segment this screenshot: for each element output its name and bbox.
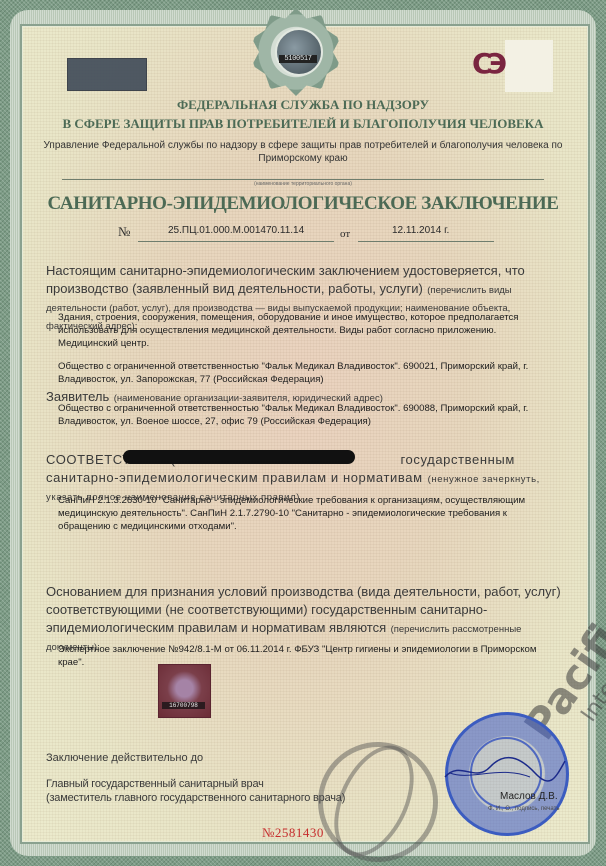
agency-title-line1: ФЕДЕРАЛЬНАЯ СЛУЖБА ПО НАДЗОРУ xyxy=(20,97,586,113)
eagle-hologram-code: 16700798 xyxy=(162,702,205,709)
from-label: от xyxy=(340,228,350,240)
serial-number: №2581430 xyxy=(262,825,324,841)
security-strip-icon xyxy=(67,58,147,91)
signer-caption: Ф. И., О., подпись, печать xyxy=(488,806,559,812)
se-logo-icon: СЭ xyxy=(472,46,532,82)
territorial-caption: (наименование территориального органа) xyxy=(40,181,566,187)
regional-office: Управление Федеральной службы по надзору… xyxy=(40,139,566,165)
activity-description: Здания, строения, сооружения, помещения,… xyxy=(58,311,558,350)
eagle-hologram-icon xyxy=(158,664,211,718)
valid-until-label: Заключение действительно до xyxy=(46,752,203,764)
chief-title: Главный государственный санитарный врач xyxy=(46,778,264,790)
hologram-code: 5100517 xyxy=(279,55,317,63)
date-underline xyxy=(358,241,494,242)
divider xyxy=(62,179,544,180)
number-sign: № xyxy=(118,224,130,240)
basis-documents: Экспертное заключение №942/8.1-М от 06.1… xyxy=(58,643,538,669)
facility-address: Общество с ограниченной ответственностью… xyxy=(58,360,558,386)
signer-name: Маслов Д.В. xyxy=(500,791,558,802)
deputy-title: (заместитель главного государственного с… xyxy=(46,792,345,804)
applicant-address: Общество с ограниченной ответственностью… xyxy=(58,402,558,428)
document-title: САНИТАРНО-ЭПИДЕМИОЛОГИЧЕСКОЕ ЗАКЛЮЧЕНИЕ xyxy=(20,193,586,215)
document-number: 25.ПЦ.01.000.М.001470.11.14 xyxy=(168,225,304,236)
hologram-emblem-icon xyxy=(275,28,323,76)
agency-title-line2: В СФЕРЕ ЗАЩИТЫ ПРАВ ПОТРЕБИТЕЛЕЙ И БЛАГО… xyxy=(20,116,586,132)
number-underline xyxy=(138,241,334,242)
sanpin-references: СанПиН 2.1.3.2630-10 "Санитарно - эпидем… xyxy=(58,494,538,533)
redaction-bar xyxy=(123,450,355,464)
signature-icon xyxy=(440,755,570,785)
document-date: 12.11.2014 г. xyxy=(392,225,449,236)
